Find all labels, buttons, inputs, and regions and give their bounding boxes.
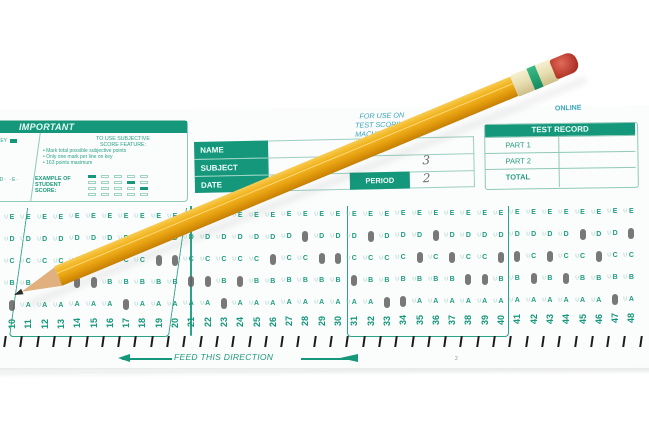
answer-bubble-e[interactable]: E [479,208,491,219]
answer-bubble-d[interactable]: D [397,230,409,241]
question-column: EDCBA39 [477,200,493,340]
answer-bubble-a[interactable]: A [625,294,637,305]
question-column: EDCBA29 [314,200,330,340]
total-row: TOTAL [486,167,636,185]
subjective-title: TO USE SUBJECTIVE SCORE FEATURE: [73,136,173,148]
timing-mark [378,336,382,347]
answer-bubble-e[interactable]: E [71,211,83,222]
subject-value-handwritten[interactable]: 3 [422,153,430,167]
answer-bubble-e[interactable]: E [283,209,295,220]
answer-bubble-b[interactable]: B [495,274,507,285]
answer-bubble-b[interactable]: B [365,275,377,286]
answer-bubble-e[interactable]: E [316,209,328,220]
question-number: 23 [219,314,229,330]
question-column: EDCBA26 [265,200,281,340]
answer-bubble-c[interactable]: C [267,254,279,265]
answer-bubble-e[interactable]: E [544,207,556,218]
answer-bubble-e[interactable]: E [299,209,311,220]
timing-mark [215,336,219,347]
timing-mark [117,336,121,347]
example-score-grid [88,175,156,197]
question-column: EDCBA41 [509,200,525,340]
answer-bubble-c[interactable]: C [479,252,491,263]
answer-bubble-b[interactable]: B [544,273,556,284]
answer-bubble-e[interactable]: E [88,211,100,222]
answer-bubble-e[interactable]: E [397,208,409,219]
answer-bubble-c[interactable]: C [348,253,360,264]
question-number: 20 [170,315,180,331]
answer-bubble-e[interactable]: E [495,208,507,219]
question-number: 31 [349,313,359,329]
question-number: 13 [56,316,66,332]
timing-mark [590,336,594,347]
question-number: 17 [121,315,131,331]
answer-bubble-d[interactable]: D [55,234,67,245]
answer-bubble-d[interactable]: D [528,229,540,240]
question-column: EDCBA31 [346,200,362,340]
question-column: EDCBA25 [249,200,265,340]
answer-bubble-c[interactable]: C [169,255,181,266]
answer-bubble-b[interactable]: B [169,277,181,288]
question-number: 29 [317,313,327,329]
timing-mark [134,336,138,347]
instruction-item: • 163 points maximum [43,161,126,167]
timing-mark [166,336,170,347]
timing-mark [264,336,268,347]
answer-bubble-d[interactable]: D [446,230,458,241]
answer-bubble-b[interactable]: B [446,274,458,285]
answer-bubble-a[interactable]: A [479,296,491,307]
answer-bubble-b[interactable]: B [316,275,328,286]
question-column: EDCBA34 [395,200,411,340]
timing-mark [623,336,627,347]
answer-bubble-e[interactable]: E [381,209,393,220]
question-column: EDCBA46 [591,200,607,340]
answer-bubble-b[interactable]: B [414,274,426,285]
answer-bubble-d[interactable]: D [365,231,377,242]
question-number: 45 [578,311,588,327]
timing-mark [150,336,154,347]
answer-bubble-b[interactable]: B [283,275,295,286]
answer-bubble-a[interactable]: A [104,299,116,310]
online-label: ONLINE [555,105,582,113]
question-column: EDCBA37 [444,200,460,340]
answer-bubble-a[interactable]: A [218,298,230,309]
question-column: EDCBA38 [460,200,476,340]
question-number: 26 [268,314,278,330]
answer-bubble-a[interactable]: A [267,298,279,309]
answer-bubble-c[interactable]: C [397,252,409,263]
timing-mark [329,336,333,347]
answer-bubble-c[interactable]: C [430,252,442,263]
answer-bubble-c[interactable]: C [185,254,197,265]
answer-bubble-a[interactable]: A [153,299,165,310]
timing-mark [606,336,610,347]
answer-bubble-b[interactable]: B [397,274,409,285]
question-column: EDCBA47 [607,200,623,340]
answer-bubble-a[interactable]: A [593,295,605,306]
answer-bubble-b[interactable]: B [202,276,214,287]
period-value-handwritten[interactable]: 2 [423,171,431,185]
answer-bubble-b[interactable]: B [462,274,474,285]
question-number: 48 [626,310,636,326]
answer-bubble-d[interactable]: D [609,228,621,239]
answer-bubble-b[interactable]: B [430,274,442,285]
important-title: IMPORTANT [0,121,187,133]
answer-bubble-a[interactable]: A [528,295,540,306]
answer-bubble-d[interactable]: D [593,229,605,240]
answer-bubble-e[interactable]: E [55,212,67,223]
answer-bubble-c[interactable]: C [218,254,230,265]
answer-bubble-b[interactable]: B [234,276,246,287]
answer-bubble-c[interactable]: C [332,253,344,264]
timing-mark [492,336,496,347]
answer-bubble-e[interactable]: E [625,206,637,217]
question-number: 28 [300,313,310,329]
answer-bubble-a[interactable]: A [397,296,409,307]
answer-bubble-a[interactable]: A [381,297,393,308]
question-column: EDCBA11 [20,200,36,340]
question-column: EDCBA45 [575,200,591,340]
answer-bubble-e[interactable]: E [365,209,377,220]
answer-bubble-c[interactable]: C [283,253,295,264]
timing-mark [52,336,56,347]
question-number: 27 [284,313,294,329]
answer-bubble-d[interactable]: D [430,230,442,241]
answer-bubble-a[interactable]: A [332,297,344,308]
answer-bubble-b[interactable]: B [528,273,540,284]
answer-bubble-d[interactable]: D [479,230,491,241]
answer-bubble-b[interactable]: B [136,277,148,288]
timing-mark [36,336,40,347]
question-number: 38 [463,312,473,328]
answer-bubble-d[interactable]: D [544,229,556,240]
example-label: EXAMPLE OF STUDENT SCORE: [35,176,71,194]
answer-bubble-b[interactable]: B [479,274,491,285]
answer-bubble-a[interactable]: A [88,299,100,310]
answer-bubble-c[interactable]: C [593,251,605,262]
question-number: 25 [252,314,262,330]
answer-bubble-a[interactable]: A [169,299,181,310]
question-number: 24 [235,314,245,330]
answer-bubble-e[interactable]: E [22,212,34,223]
answer-bubble-b[interactable]: B [625,272,637,283]
page-number: 2 [455,356,458,362]
answer-bubble-d[interactable]: D [381,231,393,242]
question-number: 43 [545,311,555,327]
question-column: EDCBA40 [493,200,509,340]
question-number: 39 [480,312,490,328]
answer-bubble-d[interactable]: D [560,229,572,240]
answer-bubble-c[interactable]: C [544,251,556,262]
answer-bubble-a[interactable]: A [544,295,556,306]
side-dots: ·D· ·E· [0,177,19,183]
timing-mark [394,336,398,347]
answer-bubble-a[interactable]: A [462,296,474,307]
answer-bubble-e[interactable]: E [430,208,442,219]
answer-bubble-c[interactable]: C [528,251,540,262]
pencil-lead-icon [13,289,24,298]
answer-bubble-d[interactable]: D [577,229,589,240]
answer-bubble-c[interactable]: C [446,252,458,263]
answer-bubble-b[interactable]: B [511,273,523,284]
timing-mark [557,336,561,347]
answer-bubble-a[interactable]: A [560,295,572,306]
timing-mark [199,336,203,347]
feed-direction: FEED THIS DIRECTION [118,352,368,364]
answer-bubble-a[interactable]: A [234,298,246,309]
answer-bubble-b[interactable]: B [381,275,393,286]
timing-mark [541,336,545,347]
answer-bubble-e[interactable]: E [120,211,132,222]
question-column: EDCBA18 [134,200,150,340]
answer-bubble-c[interactable]: C [609,250,621,261]
answer-bubble-b[interactable]: B [218,276,230,287]
timing-mark [3,336,7,347]
answer-bubble-e[interactable]: E [593,207,605,218]
question-column: EDCBA28 [297,200,313,340]
answer-bubble-d[interactable]: D [495,230,507,241]
answer-bubble-a[interactable]: A [71,299,83,310]
key-mark-icon [10,139,17,143]
answer-bubble-e[interactable]: E [39,212,51,223]
answer-bubble-e[interactable]: E [136,211,148,222]
answer-bubble-b[interactable]: B [299,275,311,286]
answer-bubble-b[interactable]: B [577,273,589,284]
answer-bubble-c[interactable]: C [234,254,246,265]
answer-bubble-a[interactable]: A [365,297,377,308]
important-box: IMPORTANT KEY ·D· ·E· TO USE SUBJECTIVE … [0,120,188,202]
timing-mark [85,336,89,347]
answer-bubble-a[interactable]: A [120,299,132,310]
answer-bubble-b[interactable]: B [560,273,572,284]
question-column: EDCBA33 [379,200,395,340]
question-number: 34 [398,312,408,328]
name-label: NAME [194,140,268,159]
answer-bubble-d[interactable]: D [251,232,263,243]
answer-bubble-c[interactable]: C [414,252,426,263]
timing-mark [183,336,187,347]
answer-bubble-d[interactable]: D [6,234,18,245]
answer-bubble-e[interactable]: E [446,208,458,219]
question-column: EDCBA27 [281,200,297,340]
timing-mark [460,336,464,347]
answer-bubble-c[interactable]: C [202,254,214,265]
question-column: EDCBA10 [4,200,20,340]
answer-bubble-a[interactable]: A [251,298,263,309]
answer-bubble-e[interactable]: E [332,209,344,220]
question-number: 30 [333,313,343,329]
answer-bubble-c[interactable]: C [560,251,572,262]
question-number: 14 [72,315,82,331]
timing-mark [346,336,350,347]
answer-bubble-d[interactable]: D [299,231,311,242]
question-number: 12 [40,316,50,332]
question-number: 46 [594,311,604,327]
answer-bubble-d[interactable]: D [234,232,246,243]
answer-bubble-c[interactable]: C [316,253,328,264]
timing-mark [476,336,480,347]
timing-mark [231,336,235,347]
question-column: EDCBA48 [623,200,639,340]
answer-bubble-b[interactable]: B [120,277,132,288]
answer-bubble-e[interactable]: E [609,206,621,217]
subject-label: SUBJECT [194,157,268,176]
answer-bubble-d[interactable]: D [218,232,230,243]
question-number: 19 [154,315,164,331]
timing-mark [297,336,301,347]
answer-bubble-b[interactable]: B [609,272,621,283]
answer-bubble-d[interactable]: D [88,233,100,244]
answer-bubble-a[interactable]: A [414,296,426,307]
answer-bubble-b[interactable]: B [348,275,360,286]
answer-bubble-a[interactable]: A [495,296,507,307]
answer-bubble-d[interactable]: D [71,233,83,244]
answer-bubble-c[interactable]: C [495,252,507,263]
answer-bubble-d[interactable]: D [625,228,637,239]
key-label: KEY [0,138,17,144]
answer-bubble-d[interactable]: D [511,229,523,240]
timing-mark [443,336,447,347]
timing-mark [509,336,513,347]
answer-bubble-a[interactable]: A [430,296,442,307]
question-number: 35 [415,312,425,328]
question-number: 32 [366,313,376,329]
answer-bubble-a[interactable]: A [55,300,67,311]
timing-mark [280,336,284,347]
question-column: EDCBA43 [542,200,558,340]
answer-bubble-a[interactable]: A [577,295,589,306]
question-number: 18 [137,315,147,331]
answer-bubble-c[interactable]: C [511,251,523,262]
answer-bubble-a[interactable]: A [299,297,311,308]
question-number: 47 [610,310,620,326]
answer-bubble-b[interactable]: B [267,276,279,287]
answer-bubble-a[interactable]: A [283,297,295,308]
answer-bubble-d[interactable]: D [39,234,51,245]
answer-bubble-c[interactable]: C [22,256,34,267]
question-number: 15 [89,315,99,331]
question-number: 40 [496,312,506,328]
feed-direction-label: FEED THIS DIRECTION [174,352,273,362]
timing-marks [0,336,649,350]
question-number: 22 [203,314,213,330]
question-number: 44 [561,311,571,327]
timing-mark [313,336,317,347]
answer-bubble-b[interactable]: B [185,276,197,287]
timing-mark [20,336,24,347]
answer-bubble-a[interactable]: A [609,294,621,305]
timing-mark [525,336,529,347]
timing-mark [248,336,252,347]
arrow-line [122,358,172,360]
timing-mark [362,336,366,347]
question-column: EDCBA42 [526,200,542,340]
answer-bubble-e[interactable]: E [560,207,572,218]
answer-bubble-e[interactable]: E [577,207,589,218]
question-number: 36 [431,312,441,328]
answer-bubble-c[interactable]: C [251,254,263,265]
answer-bubble-e[interactable]: E [528,207,540,218]
answer-bubble-a[interactable]: A [202,298,214,309]
answer-bubble-e[interactable]: E [348,209,360,220]
timing-mark [411,336,415,347]
answer-bubble-a[interactable]: A [446,296,458,307]
answer-bubble-a[interactable]: A [511,295,523,306]
answer-bubble-b[interactable]: B [251,276,263,287]
question-column: EDCBA35 [412,200,428,340]
question-column: EDCBA36 [428,200,444,340]
question-number: 11 [23,316,33,332]
answer-bubble-c[interactable]: C [625,250,637,261]
answer-bubble-b[interactable]: B [153,277,165,288]
question-number: 10 [7,316,17,332]
question-number: 42 [529,311,539,327]
timing-mark [68,336,72,347]
test-record-box: TEST RECORD PART 1 PART 2 TOTAL [484,122,639,190]
question-number: 33 [382,313,392,329]
question-number: 16 [105,315,115,331]
answer-bubble-c[interactable]: C [39,256,51,267]
answer-bubble-c[interactable]: C [6,256,18,267]
answer-bubble-c[interactable]: C [577,251,589,262]
answer-bubble-a[interactable]: A [316,297,328,308]
answer-bubble-d[interactable]: D [414,230,426,241]
answer-bubble-d[interactable]: D [267,232,279,243]
answer-bubble-a[interactable]: A [136,299,148,310]
photo-scene: IMPORTANT KEY ·D· ·E· TO USE SUBJECTIVE … [0,0,649,433]
answer-bubble-e[interactable]: E [462,208,474,219]
question-column: EDCBA32 [363,200,379,340]
question-number: 41 [512,311,522,327]
timing-mark [639,336,643,347]
instructions-list: • Mark total possible subjective points … [43,149,126,166]
answer-bubble-c[interactable]: C [299,253,311,264]
question-column: EDCBA30 [330,200,346,340]
answer-bubble-d[interactable]: D [316,231,328,242]
arrow-tail-icon [340,354,358,362]
answer-bubble-c[interactable]: C [365,253,377,264]
answer-bubble-b[interactable]: B [104,277,116,288]
answer-bubble-a[interactable]: A [185,298,197,309]
question-number: 21 [186,314,196,330]
answer-bubble-c[interactable]: C [381,253,393,264]
answer-bubble-d[interactable]: D [22,234,34,245]
answer-bubble-d[interactable]: D [283,231,295,242]
question-column: EDCBA44 [558,200,574,340]
answer-bubble-a[interactable]: A [348,297,360,308]
timing-mark [101,336,105,347]
answer-bubble-d[interactable]: D [462,230,474,241]
answer-bubble-d[interactable]: D [332,231,344,242]
answer-bubble-e[interactable]: E [511,207,523,218]
answer-bubble-e[interactable]: E [414,208,426,219]
answer-bubble-e[interactable]: E [104,211,116,222]
answer-bubble-c[interactable]: C [462,252,474,263]
timing-mark [427,336,431,347]
answer-bubble-b[interactable]: B [332,275,344,286]
answer-bubble-e[interactable]: E [6,212,18,223]
timing-mark [574,336,578,347]
sheet-edge-shadow [0,368,649,374]
answer-bubble-d[interactable]: D [348,231,360,242]
question-number: 37 [447,312,457,328]
answer-bubble-b[interactable]: B [593,273,605,284]
